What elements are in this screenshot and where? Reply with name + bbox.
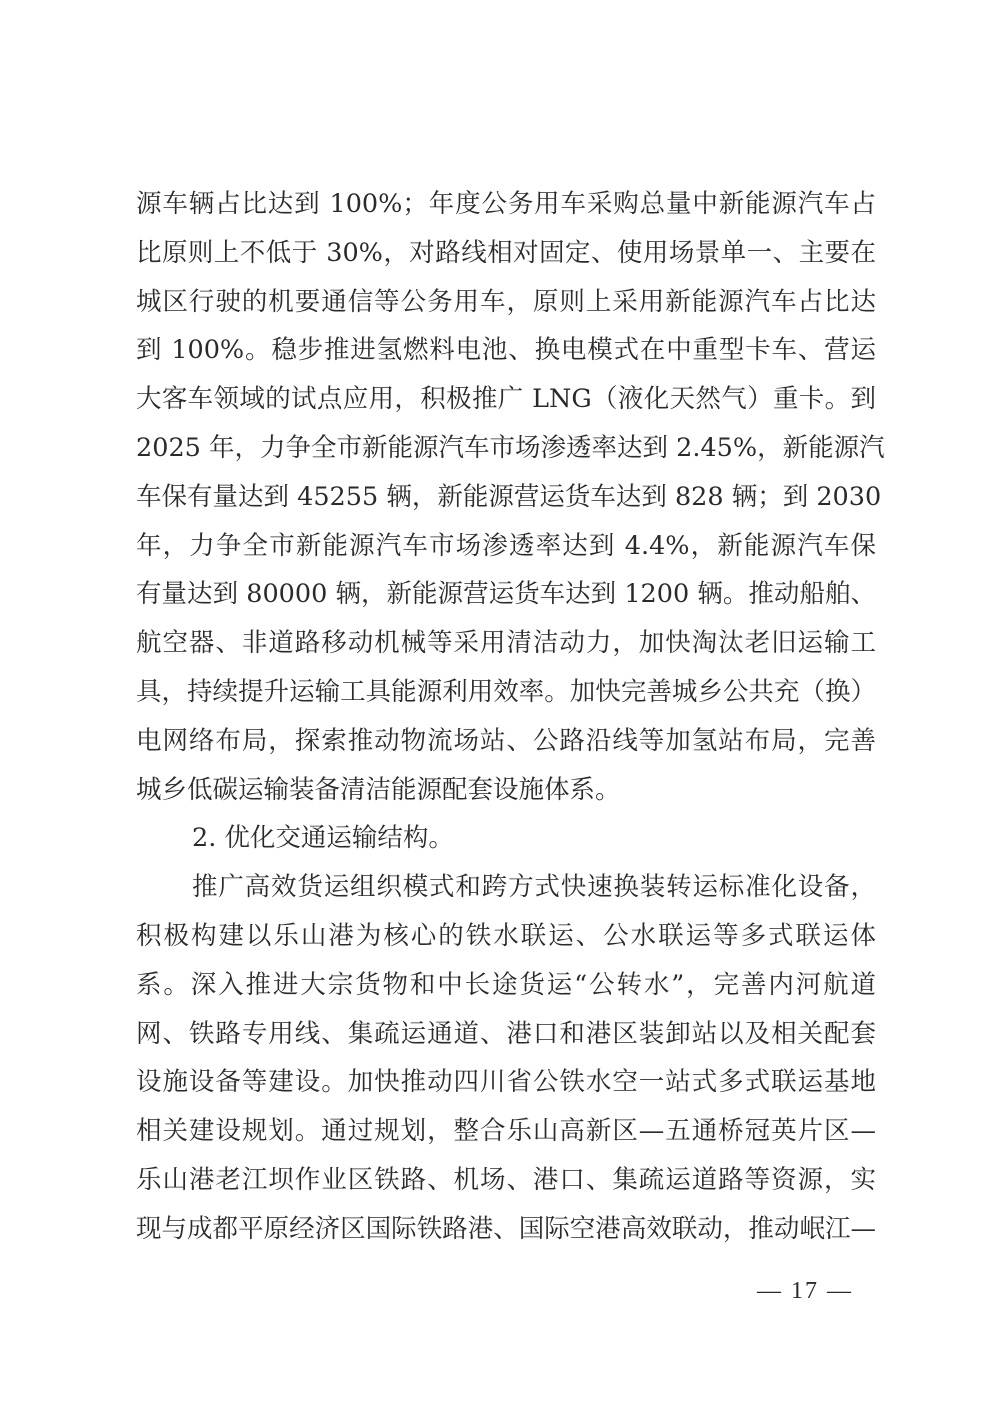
paragraph-1-line-5: 大客车领域的试点应用，积极推广 LNG（液化天然气）重卡。到 [136, 375, 876, 424]
paragraph-2-line-1: 推广高效货运组织模式和跨方式快速换装转运标准化设备， [136, 863, 876, 912]
paragraph-2-line-4: 网、铁路专用线、集疏运通道、港口和港区装卸站以及相关配套 [136, 1010, 876, 1059]
paragraph-2-line-5: 设施设备等建设。加快推动四川省公铁水空一站式多式联运基地 [136, 1058, 876, 1107]
paragraph-2-line-3: 系。深入推进大宗货物和中长途货运“公转水”，完善内河航道 [136, 961, 876, 1010]
paragraph-1-line-2: 比原则上不低于 30%，对路线相对固定、使用场景单一、主要在 [136, 229, 876, 278]
paragraph-1-line-4: 到 100%。稳步推进氢燃料电池、换电模式在中重型卡车、营运 [136, 326, 876, 375]
paragraph-1-line-8: 年，力争全市新能源汽车市场渗透率达到 4.4%，新能源汽车保 [136, 522, 876, 571]
paragraph-2-line-6: 相关建设规划。通过规划，整合乐山高新区—五通桥冠英片区— [136, 1107, 876, 1156]
page-number: — 17 — [750, 1278, 860, 1305]
paragraph-1-line-3: 城区行驶的机要通信等公务用车，原则上采用新能源汽车占比达 [136, 278, 876, 327]
paragraph-1-line-9: 有量达到 80000 辆，新能源营运货车达到 1200 辆。推动船舶、 [136, 570, 876, 619]
paragraph-2-line-7: 乐山港老江坝作业区铁路、机场、港口、集疏运道路等资源，实 [136, 1156, 876, 1205]
paragraph-1-line-6: 2025 年，力争全市新能源汽车市场渗透率达到 2.45%，新能源汽 [136, 424, 876, 473]
paragraph-1-line-7: 车保有量达到 45255 辆，新能源营运货车达到 828 辆；到 2030 [136, 473, 876, 522]
section-heading: 2. 优化交通运输结构。 [136, 814, 876, 863]
paragraph-1-line-1: 源车辆占比达到 100%；年度公务用车采购总量中新能源汽车占 [136, 180, 876, 229]
document-page: 源车辆占比达到 100%；年度公务用车采购总量中新能源汽车占 比原则上不低于 3… [0, 0, 1000, 1414]
paragraph-1-line-13: 城乡低碳运输装备清洁能源配套设施体系。 [136, 766, 876, 815]
paragraph-1-line-11: 具，持续提升运输工具能源利用效率。加快完善城乡公共充（换） [136, 668, 876, 717]
paragraph-2-line-2: 积极构建以乐山港为核心的铁水联运、公水联运等多式联运体 [136, 912, 876, 961]
body-text: 源车辆占比达到 100%；年度公务用车采购总量中新能源汽车占 比原则上不低于 3… [136, 180, 876, 1254]
paragraph-1-line-12: 电网络布局，探索推动物流场站、公路沿线等加氢站布局，完善 [136, 717, 876, 766]
paragraph-1-line-10: 航空器、非道路移动机械等采用清洁动力，加快淘汰老旧运输工 [136, 619, 876, 668]
paragraph-2-line-8: 现与成都平原经济区国际铁路港、国际空港高效联动，推动岷江— [136, 1205, 876, 1254]
